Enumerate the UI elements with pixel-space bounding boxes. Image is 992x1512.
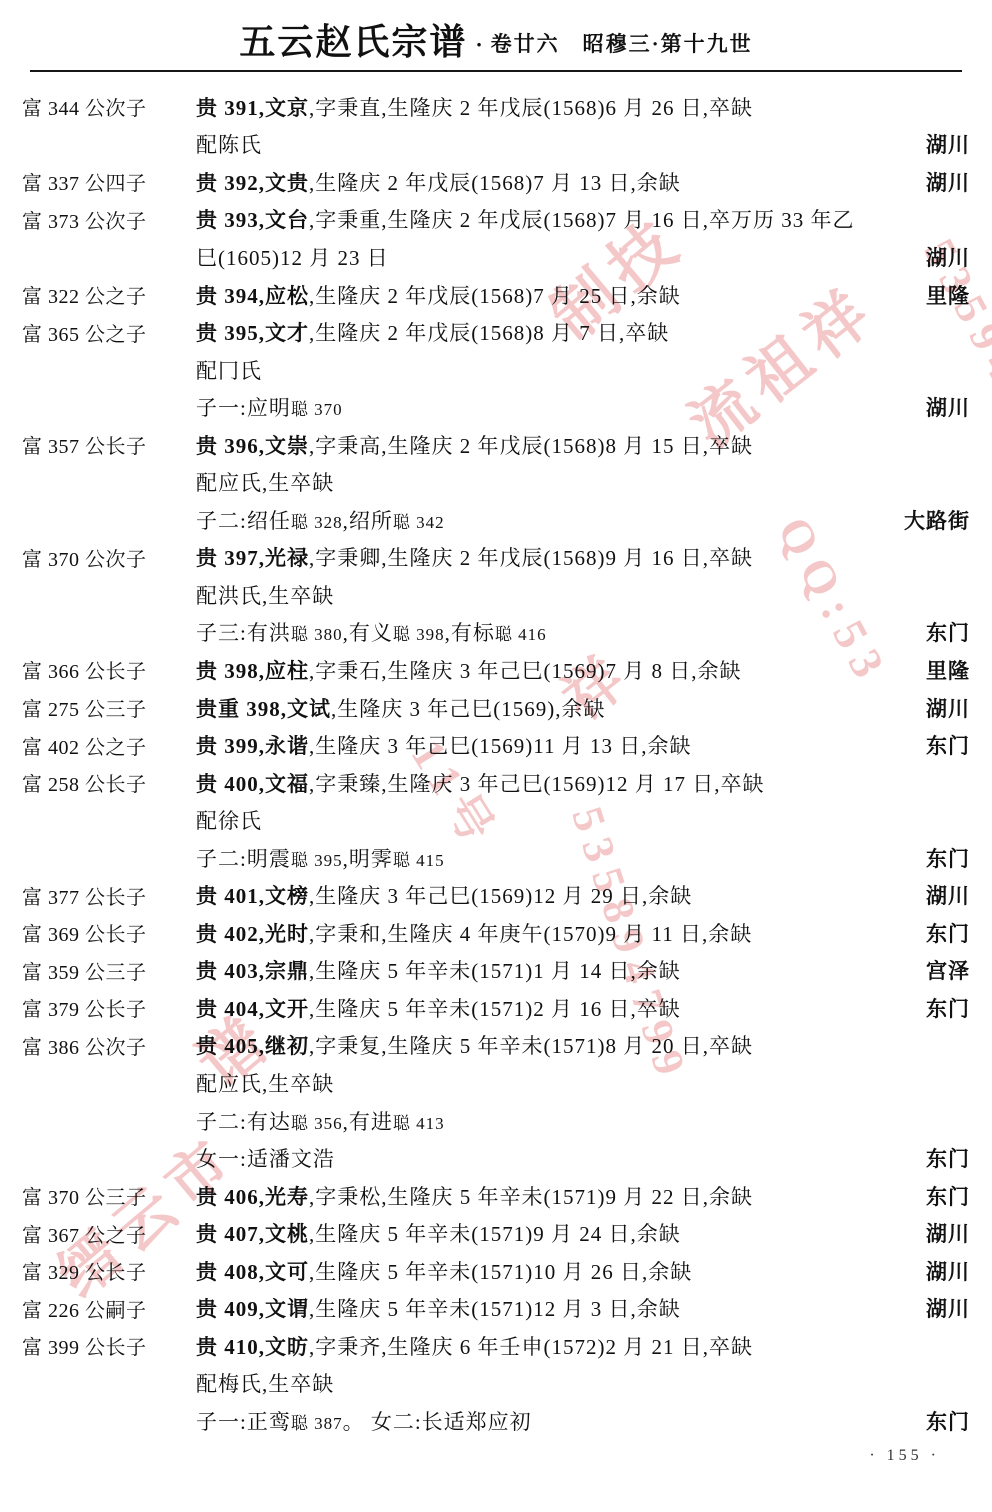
entry-line-text: 贵 392,文贵,生隆庆 2 年戊辰(1568)7 月 13 日,余缺 [196, 167, 926, 197]
text-segment: 配应氏,生卒缺 [196, 471, 334, 495]
entry-line-text: 贵 404,文开,生隆庆 5 年辛未(1571)2 月 16 日,卒缺 [196, 993, 926, 1023]
text-segment: ,字秉石,生隆庆 3 年己巳(1569)7 月 8 日,余缺 [309, 659, 742, 683]
entry-label: 富 399 公长子 [0, 1331, 196, 1360]
entry-label: 富 359 公三子 [0, 956, 196, 985]
entry-label: 富 379 公长子 [0, 993, 196, 1022]
child-ref-segment: 聪 415 [393, 851, 445, 870]
entry-line-text: 贵 408,文可,生隆庆 5 年辛未(1571)10 月 26 日,余缺 [196, 1256, 926, 1286]
title-separator-dot: · [475, 32, 482, 57]
entry-row: 富 366 公长子贵 398,应柱,字秉石,生隆庆 3 年己巳(1569)7 月… [0, 651, 992, 689]
person-name-segment: 贵 405,继初 [196, 1034, 309, 1058]
child-ref-segment: 聪 328 [291, 513, 343, 532]
entry-label: 富 258 公长子 [0, 768, 196, 797]
entry-row: 富 359 公三子贵 403,宗鼎,生隆庆 5 年辛未(1571)1 月 14 … [0, 952, 992, 990]
person-name-segment: 贵 403,宗鼎 [196, 959, 309, 983]
entry-row: 富 402 公之子贵 399,永谐,生隆庆 3 年己巳(1569)11 月 13… [0, 726, 992, 764]
text-segment: 配徐氏 [196, 809, 262, 833]
location-label: 湖川 [926, 167, 992, 197]
text-segment: 配梅氏,生卒缺 [196, 1372, 334, 1396]
text-segment: 子一:正鸾 [196, 1410, 291, 1434]
person-name-segment: 贵 408,文可 [196, 1260, 309, 1284]
entry-line-text: 子一:正鸾聪 387。 女二:长适郑应初 [196, 1406, 926, 1436]
location-label: 大路街 [904, 505, 992, 535]
person-name-segment: 贵重 398,文试 [196, 697, 331, 721]
entry-row: 配徐氏 [0, 801, 992, 839]
entry-row: 富 367 公之子贵 407,文桃,生隆庆 5 年辛未(1571)9 月 24 … [0, 1214, 992, 1252]
entry-label: 富 370 公三子 [0, 1181, 196, 1210]
entry-row: 子二:绍任聪 328,绍所聪 342大路街 [0, 501, 992, 539]
text-segment: ,生隆庆 5 年辛未(1571)10 月 26 日,余缺 [309, 1260, 692, 1284]
text-segment: ,明霁 [343, 847, 393, 871]
entry-line-text: 子一:应明聪 370 [196, 392, 926, 422]
text-segment: ,字秉和,生隆庆 4 年庚午(1570)9 月 11 日,余缺 [309, 922, 752, 946]
entry-row: 富 369 公长子贵 402,光时,字秉和,生隆庆 4 年庚午(1570)9 月… [0, 914, 992, 952]
entry-line-text: 贵 407,文桃,生隆庆 5 年辛未(1571)9 月 24 日,余缺 [196, 1218, 926, 1248]
text-segment: ,字秉臻,生隆庆 3 年己巳(1569)12 月 17 日,卒缺 [309, 772, 765, 796]
location-label: 东门 [926, 730, 992, 760]
person-name-segment: 贵 399,永谐 [196, 734, 309, 758]
child-ref-segment: 聪 413 [393, 1114, 445, 1133]
text-segment: ,生隆庆 2 年戊辰(1568)7 月 25 日,余缺 [309, 284, 681, 308]
child-ref-segment: 聪 380 [291, 625, 343, 644]
entry-line-text: 贵 395,文才,生隆庆 2 年戊辰(1568)8 月 7 日,卒缺 [196, 317, 992, 347]
entry-row: 富 344 公次子贵 391,文京,字秉直,生隆庆 2 年戊辰(1568)6 月… [0, 88, 992, 126]
location-label: 湖川 [926, 1256, 992, 1286]
entry-row: 富 365 公之子贵 395,文才,生隆庆 2 年戊辰(1568)8 月 7 日… [0, 313, 992, 351]
page-header: 五云赵氏宗谱·卷廿六 昭穆三·第十九世 [0, 14, 992, 65]
location-label: 东门 [926, 617, 992, 647]
entry-line-text: 配应氏,生卒缺 [196, 1068, 992, 1098]
entry-line-text: 贵 406,光寿,字秉松,生隆庆 5 年辛未(1571)9 月 22 日,余缺 [196, 1181, 926, 1211]
location-label: 东门 [926, 993, 992, 1023]
header-divider [30, 70, 962, 72]
entry-row: 子一:正鸾聪 387。 女二:长适郑应初东门 [0, 1402, 992, 1440]
entry-row: 富 370 公三子贵 406,光寿,字秉松,生隆庆 5 年辛未(1571)9 月… [0, 1177, 992, 1215]
entry-row: 富 275 公三子贵重 398,文试,生隆庆 3 年己巳(1569),余缺湖川 [0, 689, 992, 727]
text-segment: ,有标 [445, 621, 495, 645]
entry-label: 富 322 公之子 [0, 280, 196, 309]
entry-row: 富 337 公四子贵 392,文贵,生隆庆 2 年戊辰(1568)7 月 13 … [0, 163, 992, 201]
entry-line-text: 配应氏,生卒缺 [196, 467, 992, 497]
location-label: 湖川 [926, 880, 992, 910]
entry-row: 巳(1605)12 月 23 日湖川 [0, 238, 992, 276]
text-segment: ,生隆庆 5 年辛未(1571)12 月 3 日,余缺 [309, 1297, 681, 1321]
entry-line-text: 贵 393,文台,字秉重,生隆庆 2 年戊辰(1568)7 月 16 日,卒万历… [196, 204, 992, 234]
genealogy-page: { "header": { "title": "五云赵氏宗谱", "separa… [0, 0, 992, 1512]
text-segment: 配洪氏,生卒缺 [196, 584, 334, 608]
location-label: 东门 [926, 1143, 992, 1173]
location-label: 湖川 [926, 392, 992, 422]
location-label: 东门 [926, 918, 992, 948]
person-name-segment: 贵 392,文贵 [196, 171, 309, 195]
entry-row: 富 386 公次子贵 405,继初,字秉复,生隆庆 5 年辛未(1571)8 月… [0, 1027, 992, 1065]
entry-row: 富 379 公长子贵 404,文开,生隆庆 5 年辛未(1571)2 月 16 … [0, 989, 992, 1027]
entry-line-text: 配洪氏,生卒缺 [196, 580, 992, 610]
person-name-segment: 贵 400,文福 [196, 772, 309, 796]
text-segment: ,字秉高,生隆庆 2 年戊辰(1568)8 月 15 日,卒缺 [309, 434, 753, 458]
text-segment: ,有义 [343, 621, 393, 645]
child-ref-segment: 聪 398 [393, 625, 445, 644]
person-name-segment: 贵 397,光禄 [196, 546, 309, 570]
entry-line-text: 贵 398,应柱,字秉石,生隆庆 3 年己巳(1569)7 月 8 日,余缺 [196, 655, 926, 685]
person-name-segment: 贵 394,应松 [196, 284, 309, 308]
person-name-segment: 贵 402,光时 [196, 922, 309, 946]
text-segment: 子一:应明 [196, 396, 291, 420]
entry-line-text: 贵 410,文昉,字秉齐,生隆庆 6 年壬申(1572)2 月 21 日,卒缺 [196, 1331, 992, 1361]
child-ref-segment: 聪 387 [291, 1414, 343, 1433]
entry-row: 配应氏,生卒缺 [0, 1064, 992, 1102]
text-segment: ,生隆庆 2 年戊辰(1568)8 月 7 日,卒缺 [309, 321, 669, 345]
entry-line-text: 子二:明震聪 395,明霁聪 415 [196, 843, 926, 873]
text-segment: 子二:明震 [196, 847, 291, 871]
entry-row: 配冂氏 [0, 351, 992, 389]
person-name-segment: 贵 401,文榜 [196, 884, 309, 908]
entry-row: 配梅氏,生卒缺 [0, 1365, 992, 1403]
entry-line-text: 配陈氏 [196, 129, 926, 159]
text-segment: ,字秉齐,生隆庆 6 年壬申(1572)2 月 21 日,卒缺 [309, 1335, 753, 1359]
entry-label: 富 369 公长子 [0, 918, 196, 947]
entry-row: 子三:有洪聪 380,有义聪 398,有标聪 416东门 [0, 614, 992, 652]
person-name-segment: 贵 410,文昉 [196, 1335, 309, 1359]
page-number: · 155 · [869, 1447, 940, 1465]
entry-line-text: 子二:绍任聪 328,绍所聪 342 [196, 505, 904, 535]
text-segment: 子二:绍任 [196, 509, 291, 533]
entry-row: 富 373 公次子贵 393,文台,字秉重,生隆庆 2 年戊辰(1568)7 月… [0, 201, 992, 239]
entry-row: 富 377 公长子贵 401,文榜,生隆庆 3 年己巳(1569)12 月 29… [0, 876, 992, 914]
entry-row: 富 258 公长子贵 400,文福,字秉臻,生隆庆 3 年己巳(1569)12 … [0, 764, 992, 802]
entry-row: 子二:明震聪 395,明霁聪 415东门 [0, 839, 992, 877]
location-label: 湖川 [926, 1293, 992, 1323]
person-name-segment: 贵 391,文京 [196, 96, 309, 120]
entry-label: 富 226 公嗣子 [0, 1294, 196, 1323]
location-label: 里隆 [926, 655, 992, 685]
child-ref-segment: 聪 416 [495, 625, 547, 644]
entry-row: 配陈氏湖川 [0, 126, 992, 164]
text-segment: 巳(1605)12 月 23 日 [196, 246, 389, 270]
entry-label: 富 367 公之子 [0, 1219, 196, 1248]
child-ref-segment: 聪 342 [393, 513, 445, 532]
person-name-segment: 贵 396,文崇 [196, 434, 309, 458]
entry-label: 富 377 公长子 [0, 881, 196, 910]
text-segment: ,生隆庆 5 年辛未(1571)2 月 16 日,卒缺 [309, 997, 681, 1021]
text-segment: 配应氏,生卒缺 [196, 1072, 334, 1096]
text-segment: 配陈氏 [196, 133, 262, 157]
entry-label: 富 370 公次子 [0, 543, 196, 572]
entry-line-text: 巳(1605)12 月 23 日 [196, 242, 926, 272]
text-segment: 子三:有洪 [196, 621, 291, 645]
entry-label: 富 366 公长子 [0, 655, 196, 684]
entry-row: 子一:应明聪 370湖川 [0, 388, 992, 426]
entry-row: 配洪氏,生卒缺 [0, 576, 992, 614]
location-label: 湖川 [926, 242, 992, 272]
text-segment: 女一:适潘文浩 [196, 1147, 335, 1171]
person-name-segment: 贵 393,文台 [196, 208, 309, 232]
person-name-segment: 贵 398,应柱 [196, 659, 309, 683]
entry-row: 富 322 公之子贵 394,应松,生隆庆 2 年戊辰(1568)7 月 25 … [0, 276, 992, 314]
text-segment: ,绍所 [343, 509, 393, 533]
entry-label: 富 365 公之子 [0, 318, 196, 347]
entry-line-text: 贵 403,宗鼎,生隆庆 5 年辛未(1571)1 月 14 日,余缺 [196, 955, 926, 985]
child-ref-segment: 聪 395 [291, 851, 343, 870]
entry-line-text: 配徐氏 [196, 805, 992, 835]
entry-line-text: 贵 402,光时,字秉和,生隆庆 4 年庚午(1570)9 月 11 日,余缺 [196, 918, 926, 948]
entry-line-text: 贵 391,文京,字秉直,生隆庆 2 年戊辰(1568)6 月 26 日,卒缺 [196, 92, 992, 122]
location-label: 东门 [926, 1406, 992, 1436]
person-name-segment: 贵 407,文桃 [196, 1222, 309, 1246]
entry-line-text: 贵 399,永谐,生隆庆 3 年己巳(1569)11 月 13 日,余缺 [196, 730, 926, 760]
text-segment: ,生隆庆 2 年戊辰(1568)7 月 13 日,余缺 [309, 171, 681, 195]
entry-line-text: 贵 397,光禄,字秉卿,生隆庆 2 年戊辰(1568)9 月 16 日,卒缺 [196, 542, 992, 572]
entry-label: 富 337 公四子 [0, 167, 196, 196]
entry-label: 富 357 公长子 [0, 430, 196, 459]
page-title: 五云赵氏宗谱 [239, 22, 467, 62]
entry-line-text: 贵 394,应松,生隆庆 2 年戊辰(1568)7 月 25 日,余缺 [196, 280, 926, 310]
person-name-segment: 贵 406,光寿 [196, 1185, 309, 1209]
text-segment: ,有进 [343, 1110, 393, 1134]
entry-line-text: 贵 400,文福,字秉臻,生隆庆 3 年己巳(1569)12 月 17 日,卒缺 [196, 768, 992, 798]
text-segment: ,生隆庆 5 年辛未(1571)1 月 14 日,余缺 [309, 959, 681, 983]
entry-row: 富 357 公长子贵 396,文崇,字秉高,生隆庆 2 年戊辰(1568)8 月… [0, 426, 992, 464]
entry-line-text: 配冂氏 [196, 355, 992, 385]
entry-line-text: 子三:有洪聪 380,有义聪 398,有标聪 416 [196, 617, 926, 647]
entry-label: 富 402 公之子 [0, 731, 196, 760]
text-segment: ,生隆庆 3 年己巳(1569)11 月 13 日,余缺 [309, 734, 691, 758]
location-label: 湖川 [926, 129, 992, 159]
text-segment: ,字秉松,生隆庆 5 年辛未(1571)9 月 22 日,余缺 [309, 1185, 753, 1209]
entry-line-text: 女一:适潘文浩 [196, 1143, 926, 1173]
entry-line-text: 贵 396,文崇,字秉高,生隆庆 2 年戊辰(1568)8 月 15 日,卒缺 [196, 430, 992, 460]
location-label: 东门 [926, 1181, 992, 1211]
child-ref-segment: 聪 370 [291, 400, 343, 419]
text-segment: 配冂氏 [196, 359, 262, 383]
text-segment: ,生隆庆 3 年己巳(1569),余缺 [331, 697, 606, 721]
location-label: 里隆 [926, 280, 992, 310]
entry-label: 富 275 公三子 [0, 693, 196, 722]
entry-line-text: 贵 401,文榜,生隆庆 3 年己巳(1569)12 月 29 日,余缺 [196, 880, 926, 910]
text-segment: ,生隆庆 3 年己巳(1569)12 月 29 日,余缺 [309, 884, 692, 908]
entry-label: 富 344 公次子 [0, 92, 196, 121]
person-name-segment: 贵 395,文才 [196, 321, 309, 345]
location-label: 宫泽 [926, 955, 992, 985]
genealogy-table: 富 344 公次子贵 391,文京,字秉直,生隆庆 2 年戊辰(1568)6 月… [0, 88, 992, 1440]
entry-line-text: 子二:有达聪 356,有进聪 413 [196, 1106, 992, 1136]
text-segment: ,字秉重,生隆庆 2 年戊辰(1568)7 月 16 日,卒万历 33 年乙 [309, 208, 855, 232]
entry-row: 富 370 公次子贵 397,光禄,字秉卿,生隆庆 2 年戊辰(1568)9 月… [0, 539, 992, 577]
text-segment: ,字秉卿,生隆庆 2 年戊辰(1568)9 月 16 日,卒缺 [309, 546, 753, 570]
location-label: 湖川 [926, 693, 992, 723]
entry-row: 子二:有达聪 356,有进聪 413 [0, 1102, 992, 1140]
page-subtitle: 卷廿六 昭穆三·第十九世 [491, 32, 753, 56]
entry-label: 富 373 公次子 [0, 205, 196, 234]
person-name-segment: 贵 409,文谓 [196, 1297, 309, 1321]
entry-line-text: 配梅氏,生卒缺 [196, 1368, 992, 1398]
entry-row: 富 226 公嗣子贵 409,文谓,生隆庆 5 年辛未(1571)12 月 3 … [0, 1290, 992, 1328]
entry-label: 富 329 公长子 [0, 1256, 196, 1285]
text-segment: ,字秉复,生隆庆 5 年辛未(1571)8 月 20 日,卒缺 [309, 1034, 753, 1058]
entry-row: 富 399 公长子贵 410,文昉,字秉齐,生隆庆 6 年壬申(1572)2 月… [0, 1327, 992, 1365]
entry-label: 富 386 公次子 [0, 1031, 196, 1060]
child-ref-segment: 聪 356 [291, 1114, 343, 1133]
person-name-segment: 贵 404,文开 [196, 997, 309, 1021]
entry-line-text: 贵 405,继初,字秉复,生隆庆 5 年辛未(1571)8 月 20 日,卒缺 [196, 1030, 992, 1060]
entry-line-text: 贵 409,文谓,生隆庆 5 年辛未(1571)12 月 3 日,余缺 [196, 1293, 926, 1323]
entry-line-text: 贵重 398,文试,生隆庆 3 年己巳(1569),余缺 [196, 693, 926, 723]
text-segment: 子二:有达 [196, 1110, 291, 1134]
location-label: 湖川 [926, 1218, 992, 1248]
text-segment: ,生隆庆 5 年辛未(1571)9 月 24 日,余缺 [309, 1222, 681, 1246]
entry-row: 配应氏,生卒缺 [0, 463, 992, 501]
entry-row: 女一:适潘文浩东门 [0, 1139, 992, 1177]
entry-row: 富 329 公长子贵 408,文可,生隆庆 5 年辛未(1571)10 月 26… [0, 1252, 992, 1290]
location-label: 东门 [926, 843, 992, 873]
text-segment: ,字秉直,生隆庆 2 年戊辰(1568)6 月 26 日,卒缺 [309, 96, 753, 120]
text-segment: 。 女二:长适郑应初 [343, 1410, 532, 1434]
